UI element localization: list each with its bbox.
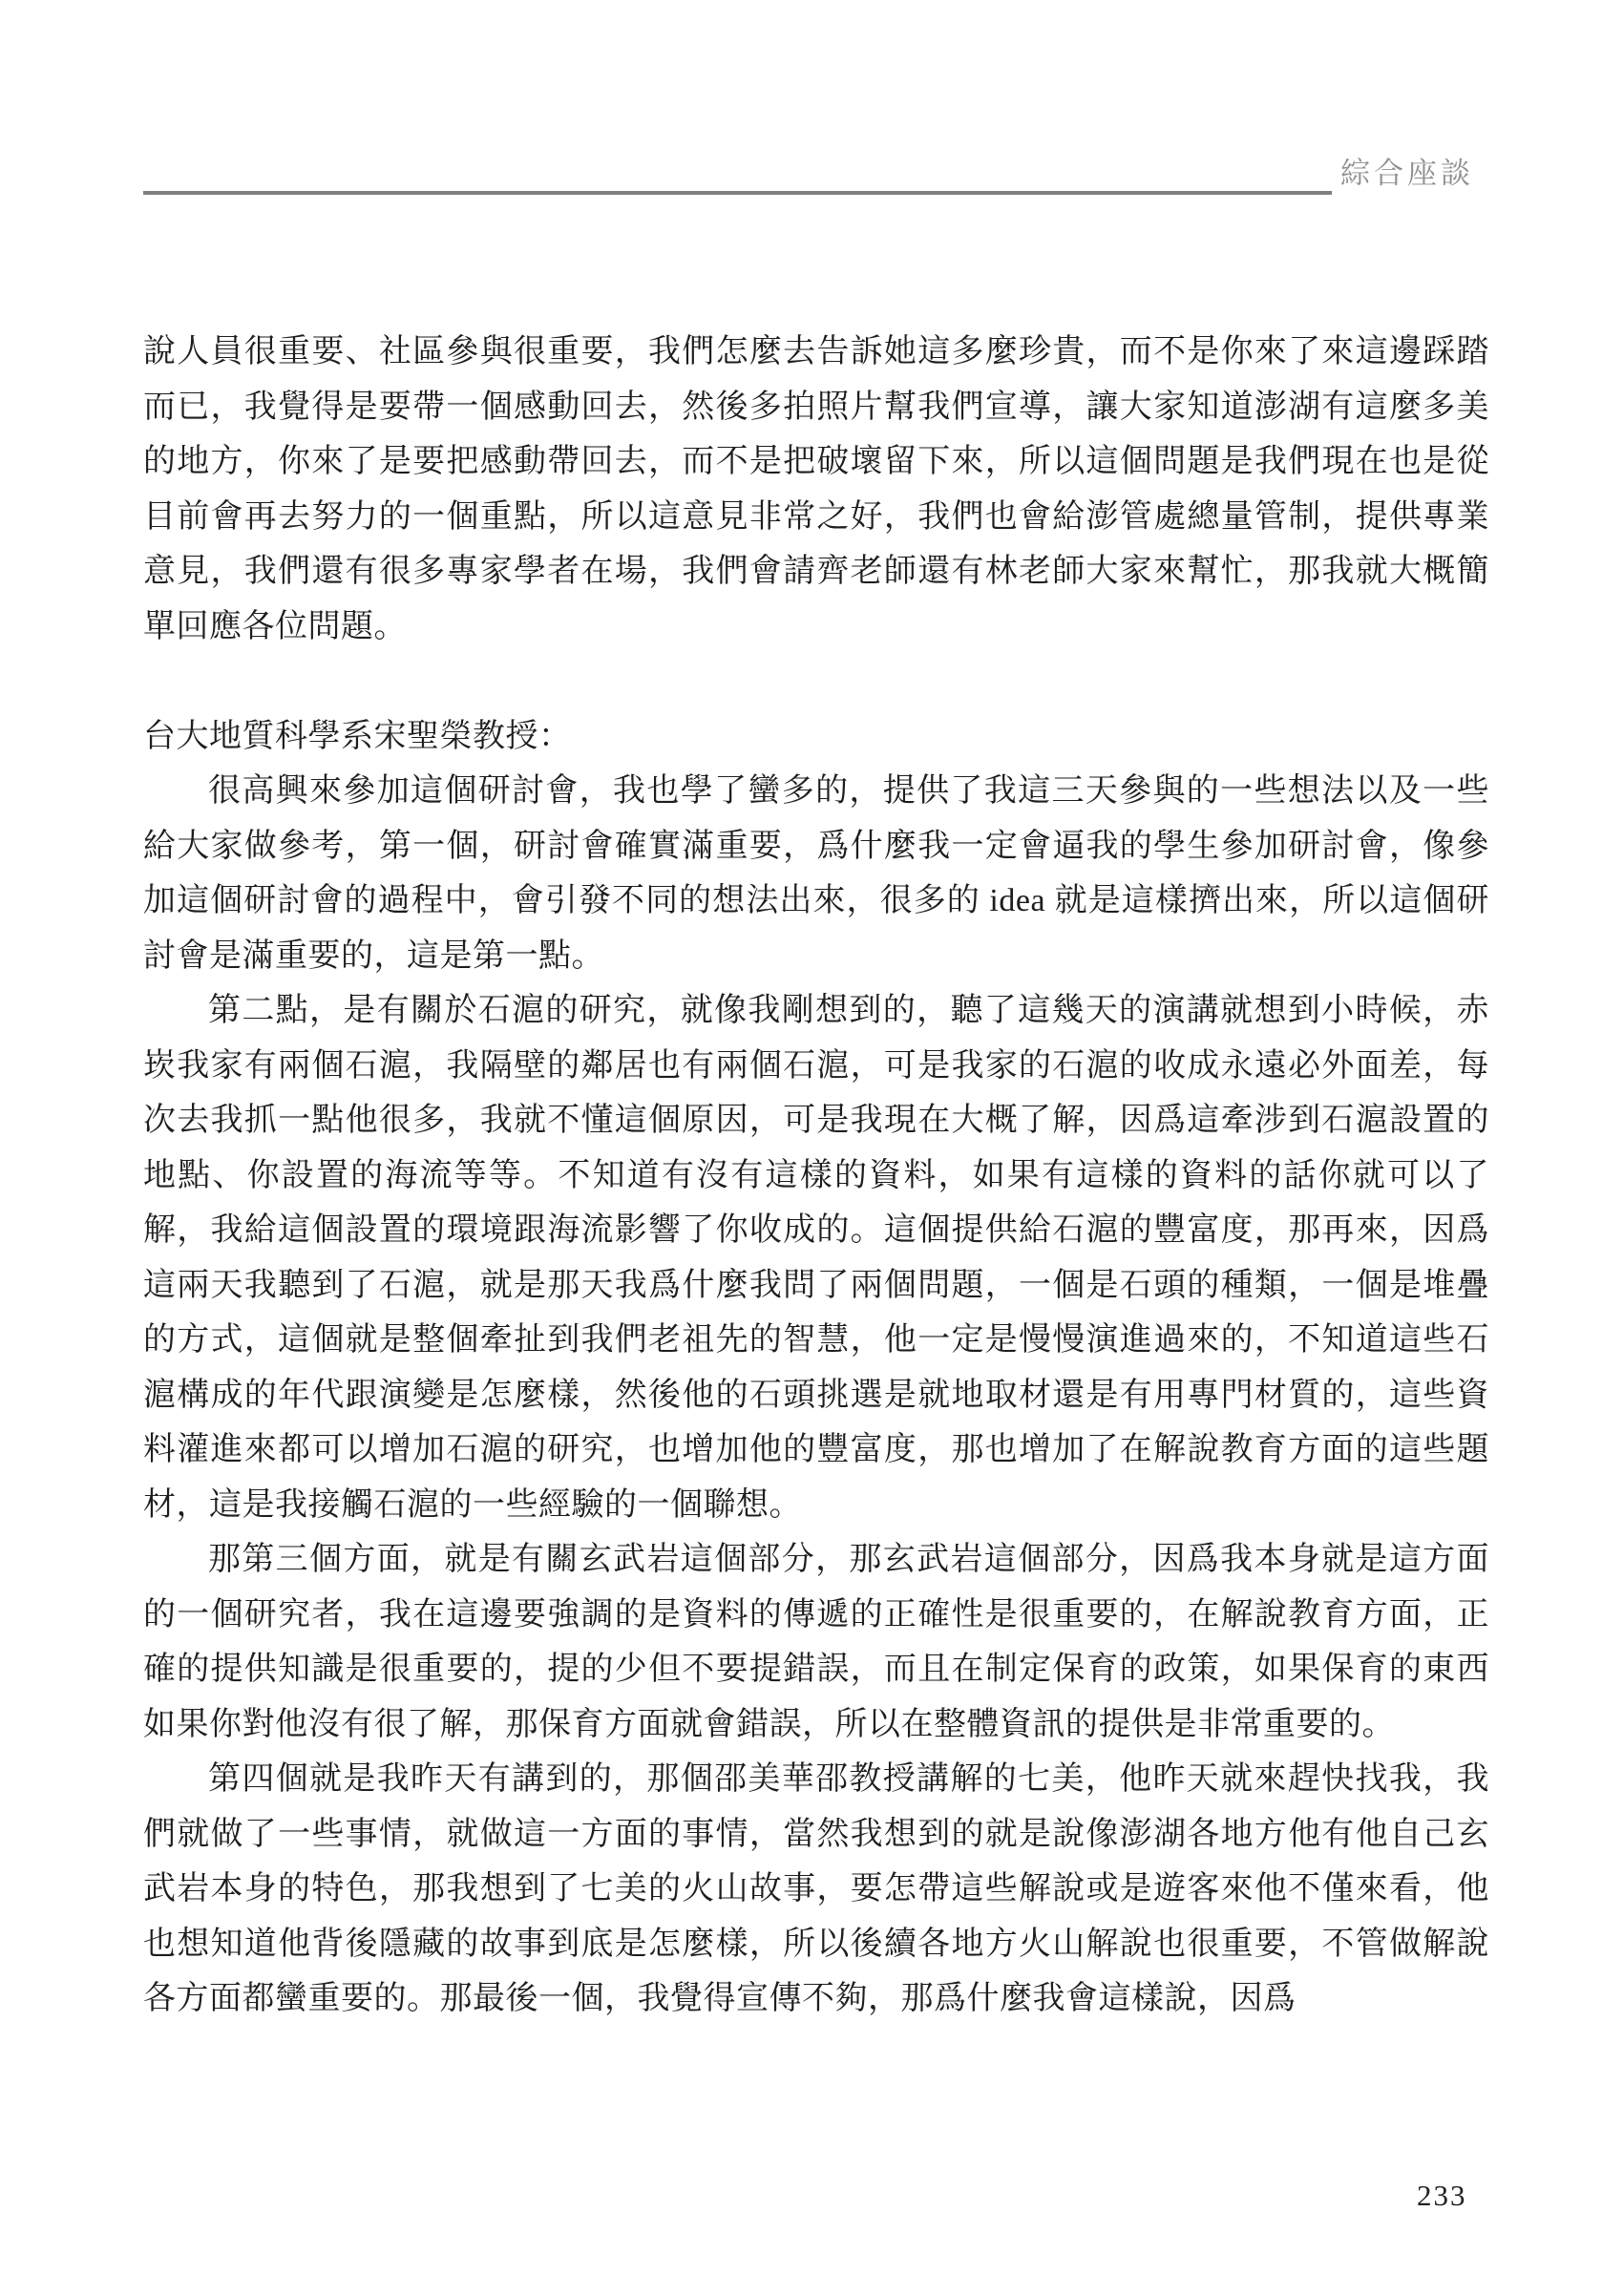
speaker-heading: 台大地質科學系宋聖榮教授：: [143, 709, 1489, 765]
body-text-block: 說人員很重要、社區參與很重要，我們怎麼去告訴她這多麼珍貴，而不是你來了來這邊踩踏…: [143, 325, 1489, 2027]
header-rule: [143, 191, 1332, 195]
intro-paragraph: 說人員很重要、社區參與很重要，我們怎麼去告訴她這多麼珍貴，而不是你來了來這邊踩踏…: [143, 325, 1489, 654]
document-page: 綜合座談 說人員很重要、社區參與很重要，我們怎麼去告訴她這多麼珍貴，而不是你來了…: [0, 0, 1623, 2296]
paragraph-second-point: 第二點，是有關於石滬的研究，就像我剛想到的，聽了這幾天的演講就想到小時候，赤崁我…: [143, 983, 1489, 1532]
running-head-title: 綜合座談: [1340, 156, 1474, 192]
page-number: 233: [1417, 2179, 1467, 2213]
paragraph-third-point: 那第三個方面，就是有關玄武岩這個部分，那玄武岩這個部分，因爲我本身就是這方面的一…: [143, 1532, 1489, 1752]
paragraph-first-point: 很高興來參加這個研討會，我也學了蠻多的，提供了我這三天參與的一些想法以及一些給大…: [143, 764, 1489, 983]
paragraph-fourth-point: 第四個就是我昨天有講到的，那個邵美華邵教授講解的七美，他昨天就來趕快找我，我們就…: [143, 1752, 1489, 2027]
